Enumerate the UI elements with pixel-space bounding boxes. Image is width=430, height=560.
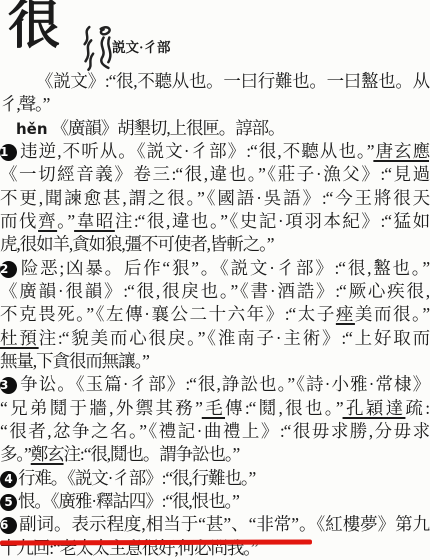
entry-line: 不克畏死。”《左傳·襄公二十六年》:“太子痤美而很。” <box>0 303 429 326</box>
text-run: 注:“貌美而心很戾。”《淮南子·主術》:“上好取而 <box>39 328 429 348</box>
entry-line: 4行难。《説文·彳部》:“很,行難也。” <box>0 467 429 490</box>
proper-noun: 唐玄應 <box>373 141 429 161</box>
text-run: 無量,下貪很而無讓。” <box>0 351 149 371</box>
text-run: 不更,聞諫愈甚,謂之很。”《國語·吳語》:“今王將很天 <box>0 188 429 208</box>
entry-line: 《説文》:“很,不聽从也。一曰行難也。一曰盭也。从 <box>0 70 429 93</box>
text-run: “很者,忿争之名。”《禮記·曲禮上》:“很毋求勝,分毋求 <box>0 421 429 441</box>
text-run: 副词。表示程度,相当于“甚”、“非常”。《紅樓夢》第九 <box>18 514 429 534</box>
text-run: 恨。《廣雅·釋詁四》:“很,恨也。” <box>18 491 239 511</box>
text-run: 《廣韻》胡墾切,上很匣。諄部。 <box>52 118 285 138</box>
sense-number-6-badge: 6 <box>0 517 17 534</box>
pinyin-reading: hěn <box>16 120 48 138</box>
entry-line: hěn《廣韻》胡墾切,上很匣。諄部。 <box>0 117 429 140</box>
text-run: 争讼。《玉篇·彳部》:“很,諍訟也。”《詩·小雅·常棣》 <box>18 374 429 394</box>
entry-line: 多。”鄭玄注:“很,鬩也。謂争訟也。” <box>0 443 429 466</box>
text-run: 行难。《説文·彳部》:“很,行難也。” <box>18 468 255 488</box>
proper-noun: 齊 <box>38 211 57 231</box>
proper-noun: 韋昭 <box>74 211 115 231</box>
text-run: 多。” <box>0 444 31 464</box>
text-run: 。” <box>57 211 74 231</box>
entry-line: 《一切經音義》卷三:“很,違也。”《莊子·漁父》:“見過 <box>0 163 429 186</box>
proper-noun: 杜預 <box>0 328 39 348</box>
seal-script-glyph <box>77 22 115 77</box>
headword: 很 <box>8 0 60 55</box>
text-run: “兄弟鬩于牆,外禦其務” <box>0 398 202 418</box>
text-run: 《廣韻·很韻》:“很,很戾也。”《書·酒誥》:“厥心疾很, <box>0 281 429 301</box>
text-run: 不克畏死。”《左傳·襄公二十六年》:“太子 <box>0 304 336 324</box>
text-run: 注:“很,違也。”《史記·項羽本紀》:“猛如 <box>115 211 429 231</box>
seal-script-drawing <box>77 22 115 72</box>
text-run: 而伐 <box>0 211 38 231</box>
sense-number-5-badge: 5 <box>0 494 17 511</box>
proper-noun: 孔穎達 <box>343 398 406 418</box>
text-run: 彳,𥃩聲。” <box>0 94 49 114</box>
entry-line: “兄弟鬩于牆,外禦其務”毛傳:“鬩,很也。”孔穎達疏: <box>0 397 429 420</box>
text-run: 《一切經音義》卷三:“很,違也。”《莊子·漁父》:“見過 <box>0 164 429 184</box>
sense-number-3-badge: 3 <box>0 377 17 394</box>
entry-line: “很者,忿争之名。”《禮記·曲禮上》:“很毋求勝,分毋求 <box>0 420 429 443</box>
text-run: 傳:“鬩,很也。” <box>225 398 343 418</box>
entry-line: 6副词。表示程度,相当于“甚”、“非常”。《紅樓夢》第九 <box>0 513 429 536</box>
entry-line: 無量,下貪很而無讓。” <box>0 350 429 373</box>
sense-number-2-badge: 2 <box>0 261 17 278</box>
text-run: 虎,很如羊,貪如狼,彊不可使者,皆斬之。” <box>0 234 273 254</box>
proper-noun: 痤 <box>336 304 355 324</box>
text-run: 违逆,不听从。《説文·彳部》:“很,不聽从也。” <box>18 141 373 161</box>
text-run: 注:“很,鬩也。謂争訟也。” <box>64 444 240 464</box>
entry-line: 彳,𥃩聲。” <box>0 93 429 116</box>
entry-line: 2险恶;凶暴。后作“狠”。《説文·彳部》:“很,盭也。” <box>0 257 429 280</box>
radical-source-label: 説文·彳部 <box>112 36 171 56</box>
proper-noun: 毛 <box>202 398 225 418</box>
dictionary-page: 很 説文·彳部 《説文》:“很,不聽从也。一曰行難也。一曰盭也。从彳,𥃩聲。”h… <box>0 0 430 560</box>
text-run: 美而很。” <box>355 304 429 324</box>
entry-line: 杜預注:“貌美而心很戾。”《淮南子·主術》:“上好取而 <box>0 327 429 350</box>
sense-number-1-badge: 1 <box>0 144 17 161</box>
text-run: 险恶;凶暴。后作“狠”。《説文·彳部》:“很,盭也。” <box>18 258 429 278</box>
entry-body: 《説文》:“很,不聽从也。一曰行難也。一曰盭也。从彳,𥃩聲。”hěn《廣韻》胡墾… <box>0 70 429 560</box>
entry-line: 5恨。《廣雅·釋詁四》:“很,恨也。” <box>0 490 429 513</box>
entry-line: 虎,很如羊,貪如狼,彊不可使者,皆斬之。” <box>0 233 429 256</box>
proper-noun: 鄭玄 <box>31 444 64 464</box>
entry-line: 《廣韻·很韻》:“很,很戾也。”《書·酒誥》:“厥心疾很, <box>0 280 429 303</box>
entry-line: 1违逆,不听从。《説文·彳部》:“很,不聽从也。”唐玄應 <box>0 140 429 163</box>
text-run: 疏: <box>405 398 429 418</box>
entry-line: 不更,聞諫愈甚,謂之很。”《國語·吳語》:“今王將很天 <box>0 187 429 210</box>
entry-line: 而伐齊。”韋昭注:“很,違也。”《史記·項羽本紀》:“猛如 <box>0 210 429 233</box>
text-run: 《説文》:“很,不聽从也。一曰行難也。一曰盭也。从 <box>36 71 429 91</box>
entry-line: 3争讼。《玉篇·彳部》:“很,諍訟也。”《詩·小雅·常棣》 <box>0 373 429 396</box>
sense-number-4-badge: 4 <box>0 471 17 488</box>
